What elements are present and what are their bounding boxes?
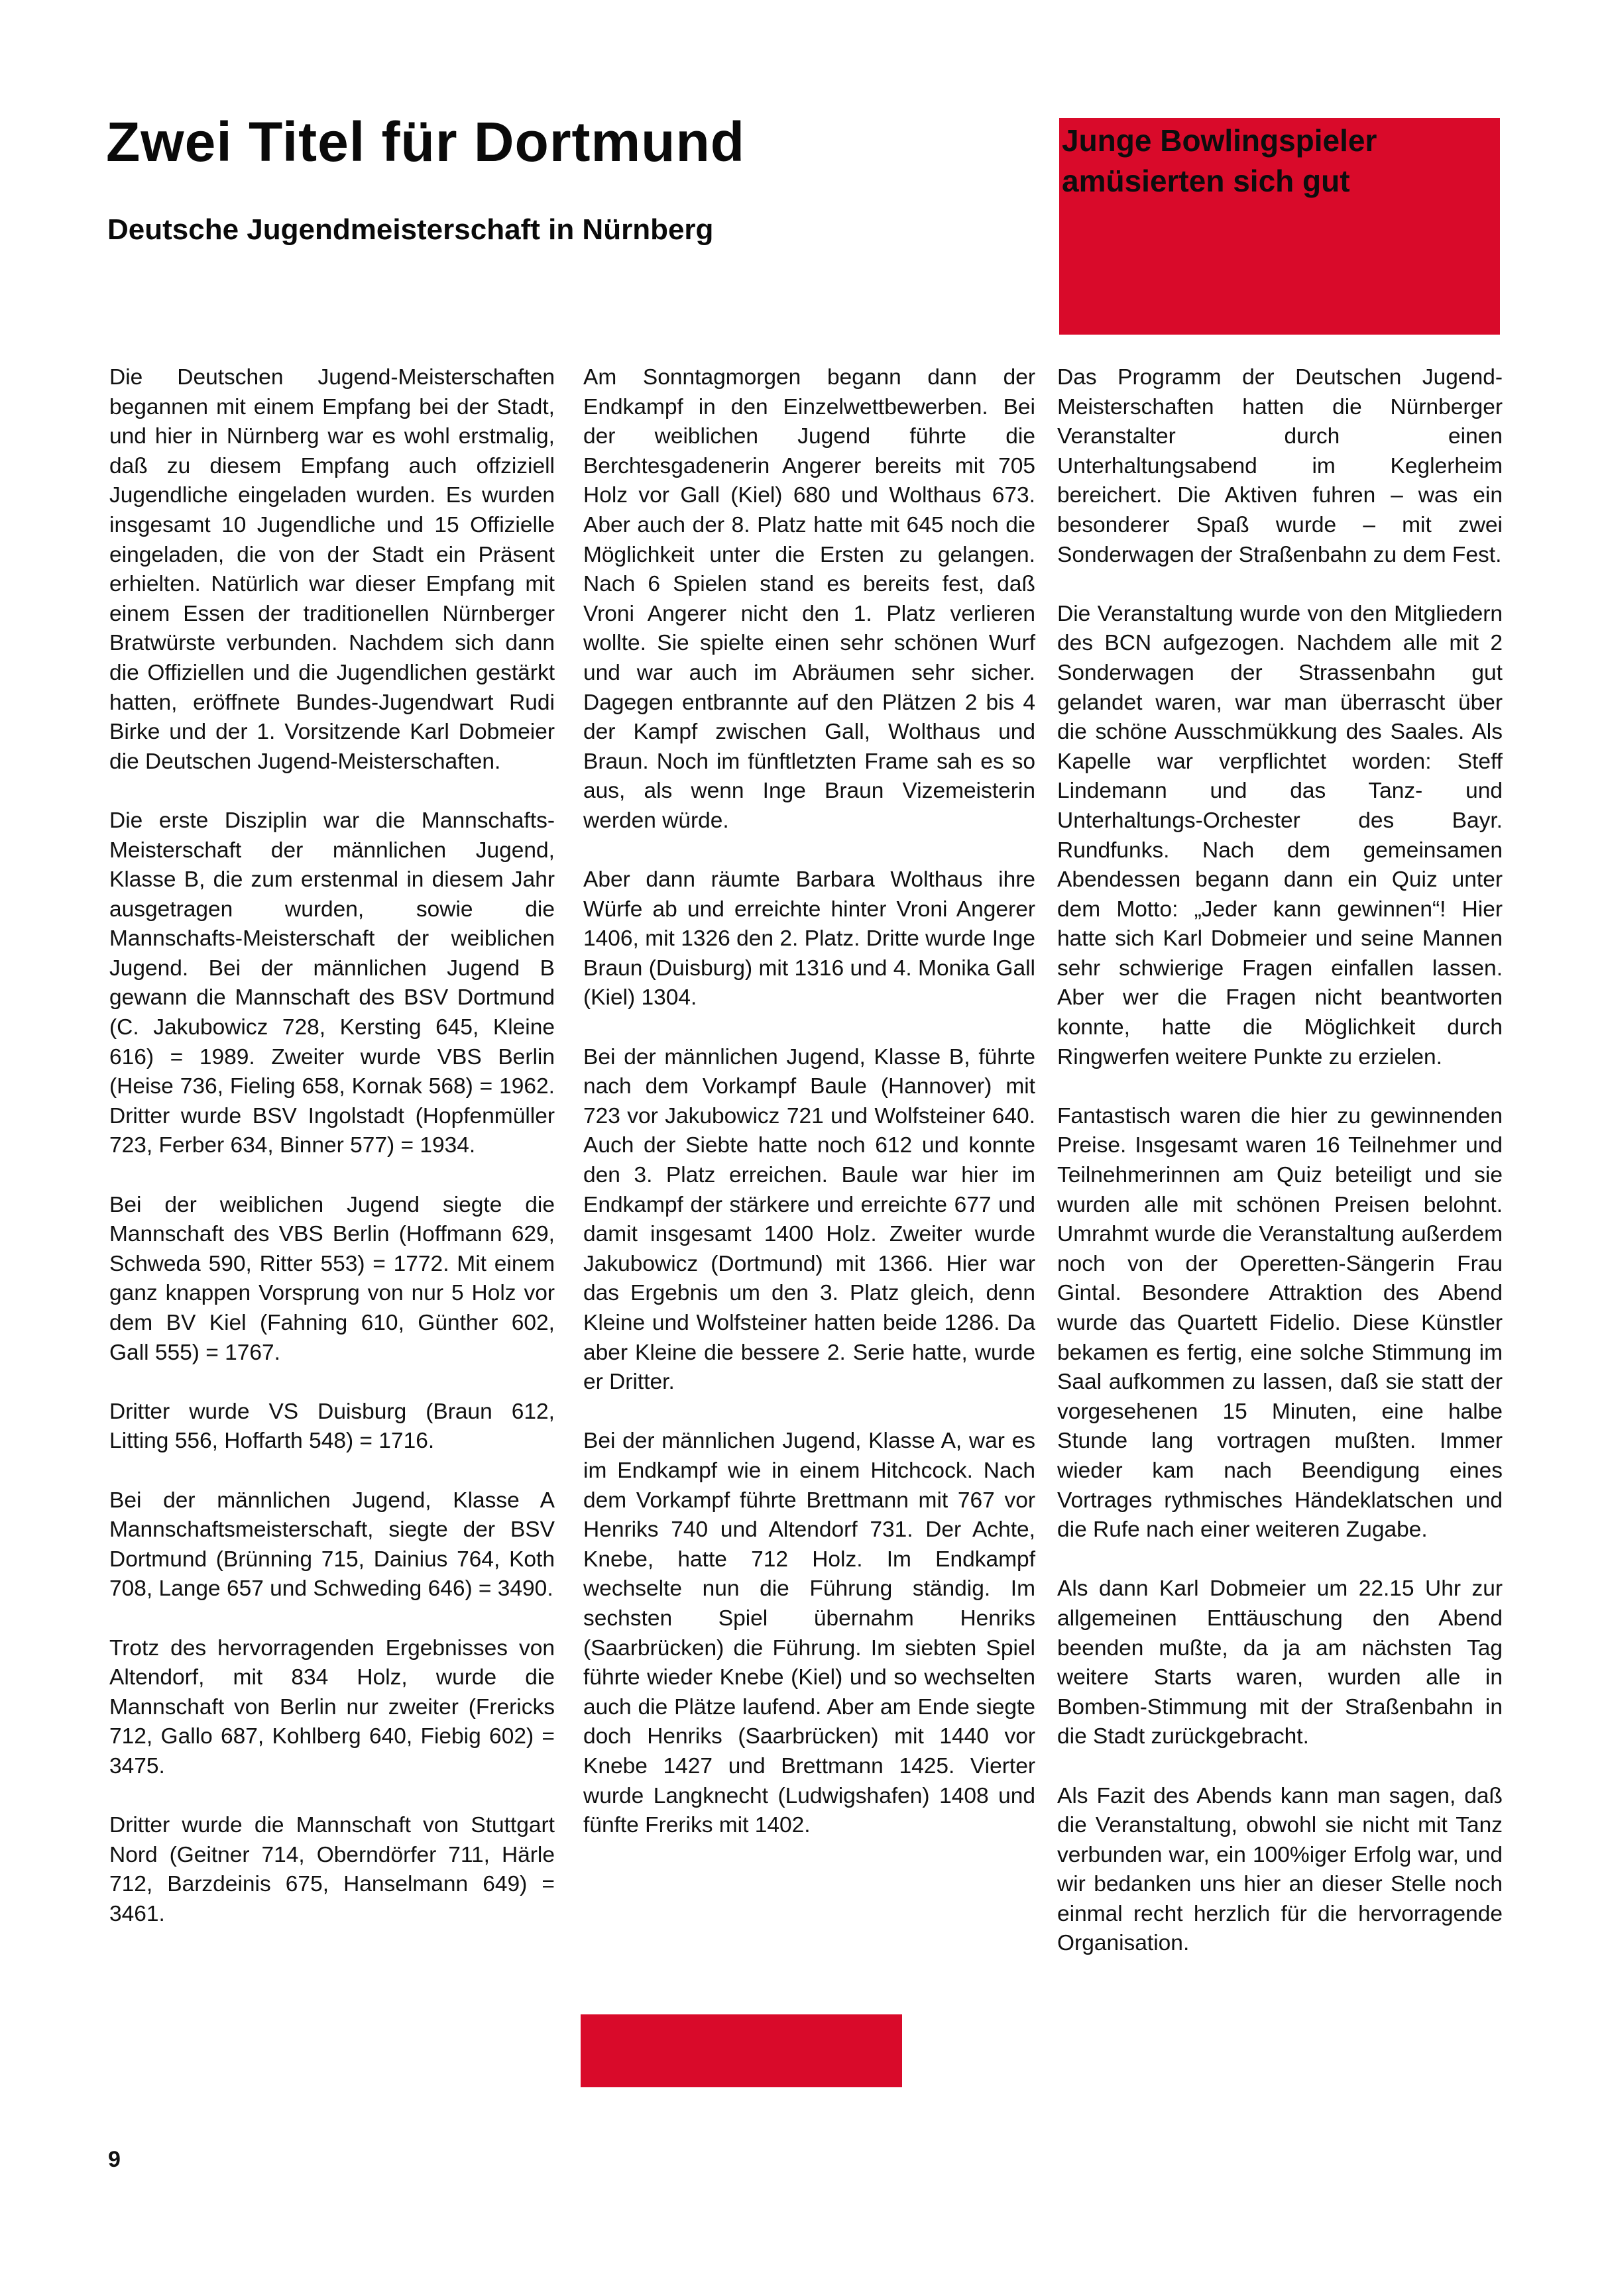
paragraph: Das Programm der Deutschen Jugend-Meiste…: [1057, 363, 1503, 570]
paragraph: Bei der männlichen Jugend, Klasse B, füh…: [583, 1043, 1035, 1397]
column-right: Das Programm der Deutschen Jugend-Meiste…: [1057, 363, 1503, 1989]
column-left: Die Deutschen Jugend-Meisterschaften beg…: [109, 363, 555, 1959]
paragraph: Die Deutschen Jugend-Meisterschaften beg…: [109, 363, 555, 777]
paragraph: Aber dann räumte Barbara Wolthaus ihre W…: [583, 865, 1035, 1013]
sidebar-heading: Junge Bowlingspieler amüsierten sich gut: [1062, 121, 1500, 201]
paragraph: Als Fazit des Abends kann man sagen, daß…: [1057, 1782, 1503, 1959]
paragraph: Trotz des hervorragenden Ergebnisses von…: [109, 1634, 555, 1782]
sidebar-heading-box: Junge Bowlingspieler amüsierten sich gut: [1059, 118, 1500, 335]
paragraph: Die erste Disziplin war die Mannschafts-…: [109, 806, 555, 1161]
column-middle: Am Sonntagmorgen begann dann der Endkamp…: [583, 363, 1035, 1870]
paragraph: Als dann Karl Dobmeier um 22.15 Uhr zur …: [1057, 1574, 1503, 1752]
page-number: 9: [108, 2147, 121, 2173]
paragraph: Dritter wurde die Mannschaft von Stuttga…: [109, 1811, 555, 1929]
article-subtitle: Deutsche Jugendmeisterschaft in Nürnberg: [107, 213, 713, 246]
article-title: Zwei Titel für Dortmund: [106, 111, 745, 172]
paragraph: Bei der weiblichen Jugend siegte die Man…: [109, 1191, 555, 1368]
paragraph: Bei der männlichen Jugend, Klasse A, war…: [583, 1427, 1035, 1840]
decorative-red-bar: [581, 2014, 902, 2087]
paragraph: Bei der männlichen Jugend, Klasse A Mann…: [109, 1486, 555, 1604]
paragraph: Am Sonntagmorgen begann dann der Endkamp…: [583, 363, 1035, 836]
paragraph: Fantastisch waren die hier zu gewinnende…: [1057, 1102, 1503, 1545]
paragraph: Die Veranstaltung wurde von den Mitglied…: [1057, 600, 1503, 1073]
paragraph: Dritter wurde VS Duisburg (Braun 612, Li…: [109, 1397, 555, 1456]
